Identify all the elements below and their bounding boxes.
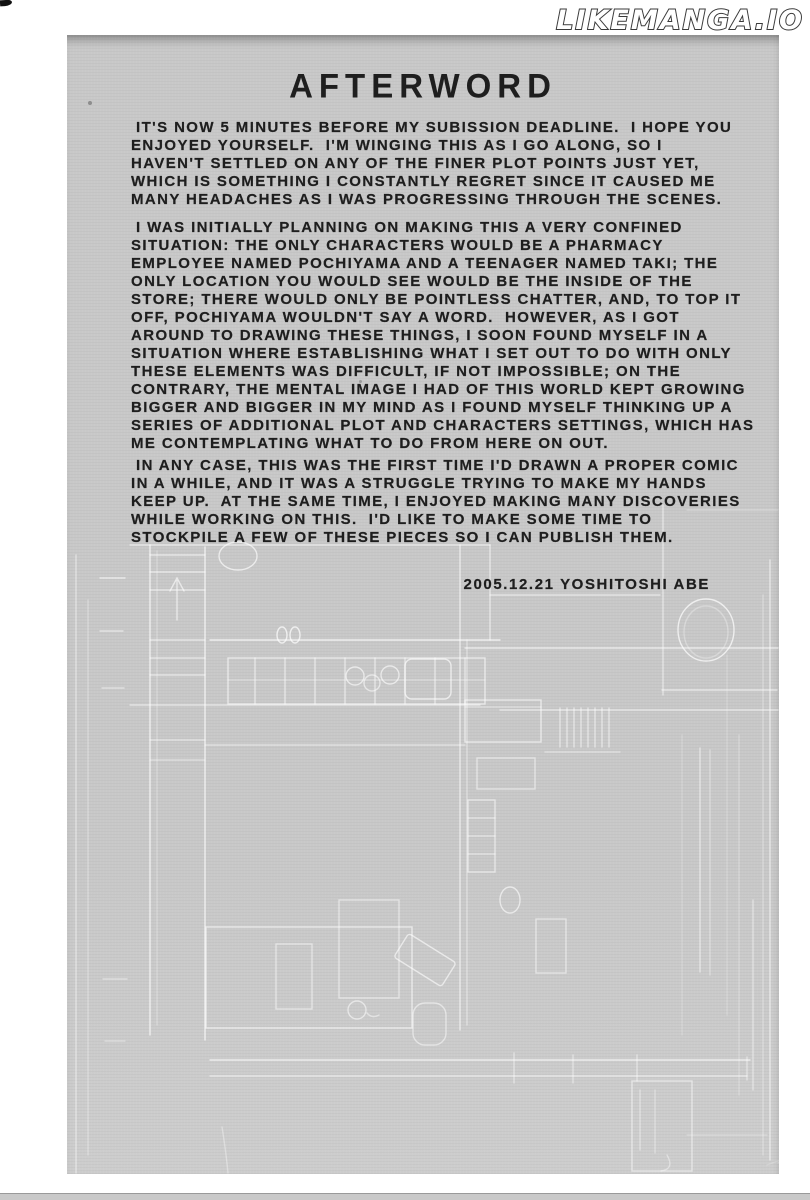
text-line: ME CONTEMPLATING WHAT TO DO FROM HERE ON… [131,435,756,453]
text-line: CONTRARY, THE MENTAL IMAGE I HAD OF THIS… [131,381,756,399]
text-line: SITUATION: THE ONLY CHARACTERS WOULD BE … [131,237,756,255]
scan-speck [88,101,92,105]
afterword-title: AFTERWORD [67,66,779,106]
text-line: WHILE WORKING ON THIS. I'D LIKE TO MAKE … [131,511,756,529]
text-line: SITUATION WHERE ESTABLISHING WHAT I SET … [131,345,756,363]
next-page-edge [0,1193,810,1200]
text-line: STOCKPILE A FEW OF THESE PIECES SO I CAN… [131,529,756,547]
scan-speck [359,380,362,383]
author-signature-date: 2005.12.21 YOSHITOSHI ABE [464,576,711,593]
scan-artifact-mark [0,0,12,6]
text-line: IN A WHILE, AND IT WAS A STRUGGLE TRYING… [131,475,756,493]
text-line: ONLY LOCATION YOU WOULD SEE WOULD BE THE… [131,273,756,291]
manga-reader-page: LIKEMANGA.IO [0,0,810,1200]
site-watermark-text: LIKEMANGA.IO [556,5,804,36]
afterword-paragraph-2: I WAS INITIALLY PLANNING ON MAKING THIS … [131,219,756,453]
text-line: MANY HEADACHES AS I WAS PROGRESSING THRO… [131,191,756,209]
text-line: OFF, POCHIYAMA WOULDN'T SAY A WORD. HOWE… [131,309,756,327]
text-line: WHICH IS SOMETHING I CONSTANTLY REGRET S… [131,173,756,191]
text-line: SERIES OF ADDITIONAL PLOT AND CHARACTERS… [131,417,756,435]
text-line: ENJOYED YOURSELF. I'M WINGING THIS AS I … [131,137,756,155]
text-line: THESE ELEMENTS WAS DIFFICULT, IF NOT IMP… [131,363,756,381]
text-line: IT'S NOW 5 MINUTES BEFORE MY SUBISSION D… [136,119,756,137]
text-line: STORE; THERE WOULD ONLY BE POINTLESS CHA… [131,291,756,309]
text-line: KEEP UP. AT THE SAME TIME, I ENJOYED MAK… [131,493,756,511]
site-watermark: LIKEMANGA.IO [528,2,808,38]
afterword-paragraph-3: IN ANY CASE, THIS WAS THE FIRST TIME I'D… [131,457,756,547]
text-line: IN ANY CASE, THIS WAS THE FIRST TIME I'D… [136,457,756,475]
text-line: AROUND TO DRAWING THESE THINGS, I SOON F… [131,327,756,345]
text-line: HAVEN'T SETTLED ON ANY OF THE FINER PLOT… [131,155,756,173]
afterword-paragraph-1: IT'S NOW 5 MINUTES BEFORE MY SUBISSION D… [131,119,756,209]
text-line: EMPLOYEE NAMED POCHIYAMA AND A TEENAGER … [131,255,756,273]
text-line: BIGGER AND BIGGER IN MY MIND AS I FOUND … [131,399,756,417]
text-line: I WAS INITIALLY PLANNING ON MAKING THIS … [136,219,756,237]
manga-page-scan: AFTERWORD IT'S NOW 5 MINUTES BEFORE MY S… [67,35,779,1174]
afterword-body: IT'S NOW 5 MINUTES BEFORE MY SUBISSION D… [131,119,756,557]
